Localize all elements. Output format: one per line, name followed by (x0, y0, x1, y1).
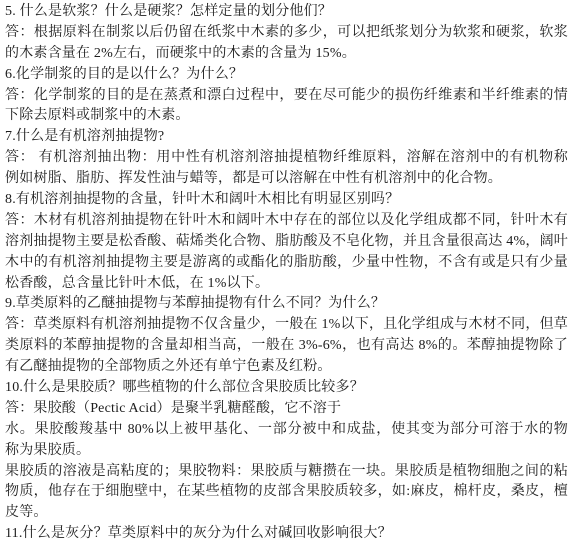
text-line: 类原料的苯醇抽提物的含量却相当高，一般在 3%-6%，也有高达 8%的。苯醇抽提… (5, 336, 568, 357)
text-line: 有乙醚抽提物的全部物质之外还有单宁色素及红粉。 (5, 357, 568, 378)
text-line: 答：果胶酸（Pectic Acid）是聚半乳糖醛酸，它不溶于 (5, 399, 568, 420)
text-line: 松香酸，总含量比针叶木低，在 1%以下。 (5, 274, 568, 295)
document-page: 5. 什么是软浆？什么是硬浆？怎样定量的划分他们？答：根据原料在制浆以后仍留在纸… (0, 0, 573, 545)
text-line: 5. 什么是软浆？什么是硬浆？怎样定量的划分他们？ (5, 2, 568, 23)
text-line: 的木素含量在 2%左右，而硬浆中的木素的含量为 15%。 (5, 44, 568, 65)
text-line: 8.有机溶剂抽提物的含量，针叶木和阔叶木相比有明显区别吗？ (5, 190, 568, 211)
text-line: 下除去原料或制浆中的木素。 (5, 106, 568, 127)
text-line: 9.草类原料的乙醚抽提物与苯醇抽提物有什么不同？为什么？ (5, 294, 568, 315)
text-line: 溶剂抽提物主要是松香酸、萜烯类化合物、脂肪酸及不皂化物，并且含量很高达 4%，阔… (5, 232, 568, 253)
text-line: 答：化学制浆的目的是在蒸煮和漂白过程中，要在尽可能少的损伤纤维素和半纤维素的情况 (5, 86, 568, 107)
text-line: 7.什么是有机溶剂抽提物? (5, 127, 568, 148)
text-line: 10.什么是果胶质？哪些植物的什么部位含果胶质比较多？ (5, 378, 568, 399)
text-line: 答： 有机溶剂抽出物：用中性有机溶剂溶抽提植物纤维原料，溶解在溶剂中的有机物称之… (5, 148, 568, 169)
text-line: 木中的有机溶剂抽提物主要是游离的或酯化的脂肪酸，少量中性物，不含有或是只有少量的 (5, 253, 568, 274)
text-line: 例如树脂、脂肪、挥发性油与蜡等，都是可以溶解在中性有机溶剂中的化合物。 (5, 169, 568, 190)
text-line: 果胶质的溶液是高粘度的；果胶物料：果胶质与糖攒在一块。果胶质是植物细胞之间的粘性 (5, 462, 568, 483)
text-line: 答：草类原料有机溶剂抽提物不仅含量少，一般在 1%以下，且化学组成与木材不同，但… (5, 315, 568, 336)
text-line: 称为果胶质。 (5, 441, 568, 462)
text-line: 11.什么是灰分？草类原料中的灰分为什么对碱回收影响很大？ (5, 524, 568, 545)
text-line: 答：木材有机溶剂抽提物在针叶木和阔叶木中存在的部位以及化学组成都不同，针叶木有机 (5, 211, 568, 232)
text-line: 答：根据原料在制浆以后仍留在纸浆中木素的多少，可以把纸浆划分为软浆和硬浆，软浆中 (5, 23, 568, 44)
text-line: 水。果胶酸羧基中 80%以上被甲基化、一部分被中和成盐，使其变为部分可溶于水的物… (5, 420, 568, 441)
text-line: 6.化学制浆的目的是以什么？为什么？ (5, 65, 568, 86)
text-line: 皮等。 (5, 503, 568, 524)
text-line: 物质，他存在于细胞壁中，在某些植物的皮部含果胶质较多，如:麻皮，棉杆皮，桑皮，檀 (5, 482, 568, 503)
